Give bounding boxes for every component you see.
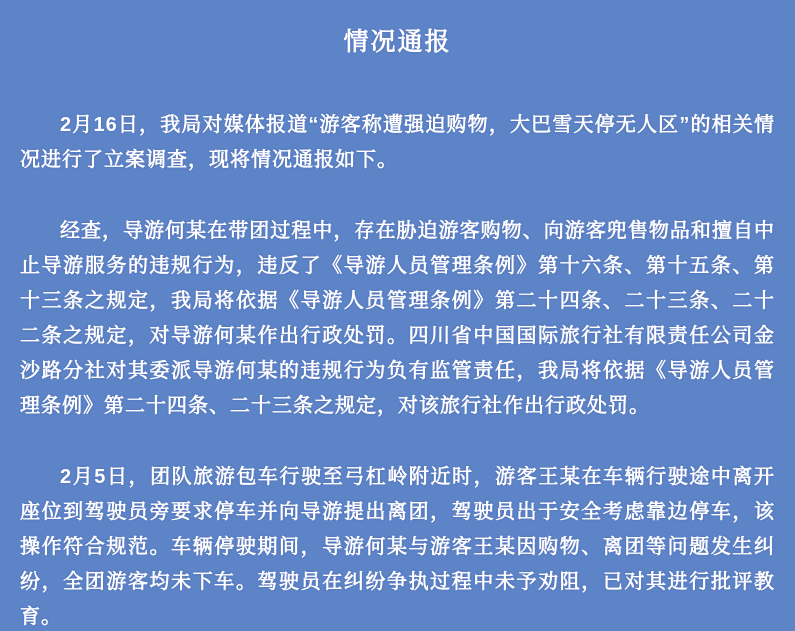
notice-paragraph-investigation: 2月16日，我局对媒体报道“游客称遭强迫购物，大巴雪天停无人区”的相关情况进行了… — [20, 108, 775, 178]
notice-paragraph-incident-details: 2月5日，团队旅游包车行驶至弓杠岭附近时，游客王某在车辆行驶途中离开座位到驾驶员… — [20, 460, 775, 631]
notice-paragraph-findings-penalty: 经查，导游何某在带团过程中，存在胁迫游客购物、向游客兜售物品和擅自中止导游服务的… — [20, 214, 775, 424]
notice-title: 情况通报 — [20, 26, 775, 59]
notice-page: 情况通报 2月16日，我局对媒体报道“游客称遭强迫购物，大巴雪天停无人区”的相关… — [0, 0, 795, 631]
